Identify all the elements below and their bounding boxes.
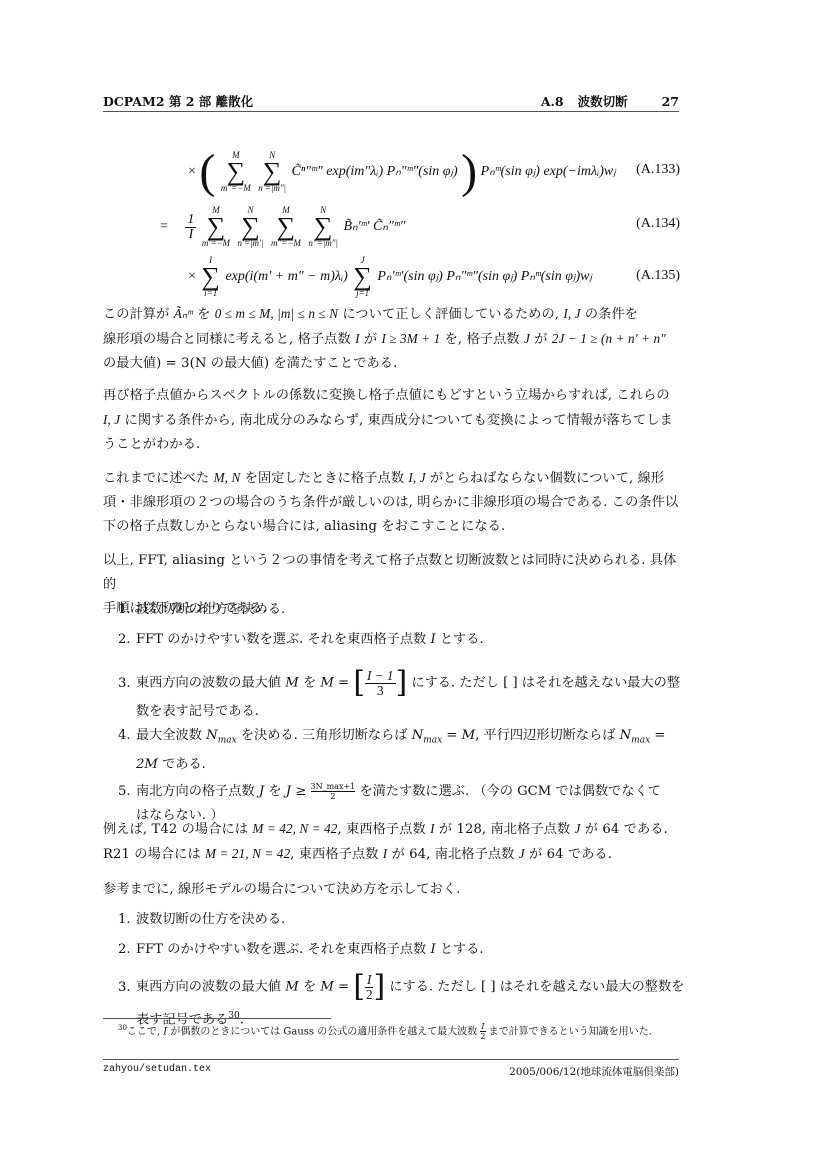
- sum-operator: M∑m′=−M: [202, 206, 230, 248]
- equation-number: (A.133): [636, 162, 680, 178]
- equation-a134: = 1I M∑m′=−M N∑n′=|m′| M∑m″=−M N∑n″=|m″|…: [150, 200, 680, 254]
- list-item: 3. 東西方向の波数の最大値 M を M = [I2] にする. ただし [ ]…: [118, 968, 681, 1024]
- list-item: 4. 最大全波数 Nmax を決める. 三角形切断ならば Nmax = M, 平…: [118, 724, 681, 780]
- paragraph-examples: 例えば, T42 の場合には M = 42, N = 42, 東西格子点数 I …: [103, 817, 681, 867]
- list-item: 3. 東西方向の波数の最大値 M を M = [I − 13] にする. ただし…: [118, 664, 681, 724]
- equation-body: Pₙ′ᵐ′(sin φⱼ) Pₙ″ᵐ″(sin φⱼ) Pₙᵐ(sin φⱼ)w…: [377, 269, 592, 284]
- paragraph-condition: この計算が Ãₙᵐ を 0 ≤ m ≤ M, |m| ≤ n ≤ N について正…: [103, 302, 681, 376]
- equation-number: (A.135): [636, 268, 680, 284]
- footer-filename: zahyou/setudan.tex: [103, 1064, 211, 1075]
- list-item: 2.FFT のかけやすい数を選ぶ. それを東西格子点数 I とする.: [118, 628, 681, 664]
- header-section-number: A.8: [541, 94, 564, 109]
- times-sign: ×: [188, 164, 196, 179]
- equation-body: B̃ₙ′ᵐ′ C̃ₙ″ᵐ″: [343, 219, 405, 234]
- footer-rule: [103, 1059, 679, 1060]
- document-page: DCPAM2 第 2 部 離散化 A.8波数切断27 × ( M∑m″=−M N…: [0, 0, 826, 1169]
- paragraph-aliasing: これまでに述べた M, N を固定したときに格子点数 I, J がとらねばならな…: [103, 466, 681, 539]
- equation-body: exp(i(m′ + m″ − m)λᵢ): [225, 269, 347, 284]
- footnote: 30ここで, I が偶数のときについては Gauss の公式の適用条件を越えて最…: [118, 1021, 688, 1041]
- equation-a133: × ( M∑m″=−M N∑n′=|m″| C̃ⁿ″ᵐ″ exp(im″λᵢ) …: [150, 142, 680, 198]
- header-rule: [103, 111, 679, 112]
- fraction: I − 13: [365, 669, 395, 698]
- sum-operator: M∑m″=−M: [271, 206, 301, 248]
- sum-operator: N∑n′=|m″|: [258, 151, 286, 193]
- header-part-title: DCPAM2 第 2 部 離散化: [103, 92, 253, 110]
- sum-operator: M∑m″=−M: [221, 151, 251, 193]
- header-section: A.8波数切断27: [527, 92, 679, 110]
- header-section-title: 波数切断: [578, 94, 628, 109]
- fraction-one-over-i: 1I: [185, 213, 196, 242]
- running-header: DCPAM2 第 2 部 離散化 A.8波数切断27: [103, 92, 679, 112]
- footnote-rule: [103, 1018, 331, 1019]
- equation-tail: Pₙᵐ(sin φⱼ) exp(−imλᵢ)wⱼ: [481, 164, 616, 179]
- footer-date-org: 2005/006/12(地球流体電脳倶楽部): [509, 1064, 679, 1079]
- footnote-marker[interactable]: 30: [228, 1011, 239, 1021]
- fraction: 3N_max+12: [311, 782, 356, 801]
- equation-number: (A.134): [636, 216, 680, 232]
- times-sign: ×: [188, 269, 196, 284]
- right-paren: ): [461, 145, 477, 198]
- paragraph-linear-model: 参考までに, 線形モデルの場合について決め方を示しておく.: [103, 878, 681, 902]
- linear-procedure-list: 1.波数切断の仕方を決める. 2.FFT のかけやすい数を選ぶ. それを東西格子…: [118, 908, 681, 1024]
- paragraph-information-loss: 再び格子点値からスペクトルの係数に変換し格子点値にもどすという立場からすれば, …: [103, 384, 681, 457]
- sum-operator: J∑j=1: [353, 256, 372, 298]
- sum-operator: N∑n′=|m′|: [238, 206, 264, 248]
- procedure-list: 1.波数切断の仕方を決める. 2.FFT のかけやすい数を選ぶ. それを東西格子…: [118, 598, 681, 836]
- sum-operator: I∑i=1: [201, 256, 220, 298]
- list-item: 1.波数切断の仕方を決める.: [118, 598, 681, 628]
- sum-operator: N∑n″=|m″|: [308, 206, 338, 248]
- list-item: 2.FFT のかけやすい数を選ぶ. それを東西格子点数 I とする.: [118, 938, 681, 968]
- equation-a135: × I∑i=1 exp(i(m′ + m″ − m)λᵢ) J∑j=1 Pₙ′ᵐ…: [150, 254, 680, 306]
- equals-sign: =: [160, 219, 168, 234]
- equation-body: C̃ⁿ″ᵐ″ exp(im″λᵢ) Pₙ″ᵐ″(sin φⱼ): [292, 164, 458, 179]
- list-item: 1.波数切断の仕方を決める.: [118, 908, 681, 938]
- left-paren: (: [199, 145, 215, 198]
- page-number: 27: [662, 94, 679, 109]
